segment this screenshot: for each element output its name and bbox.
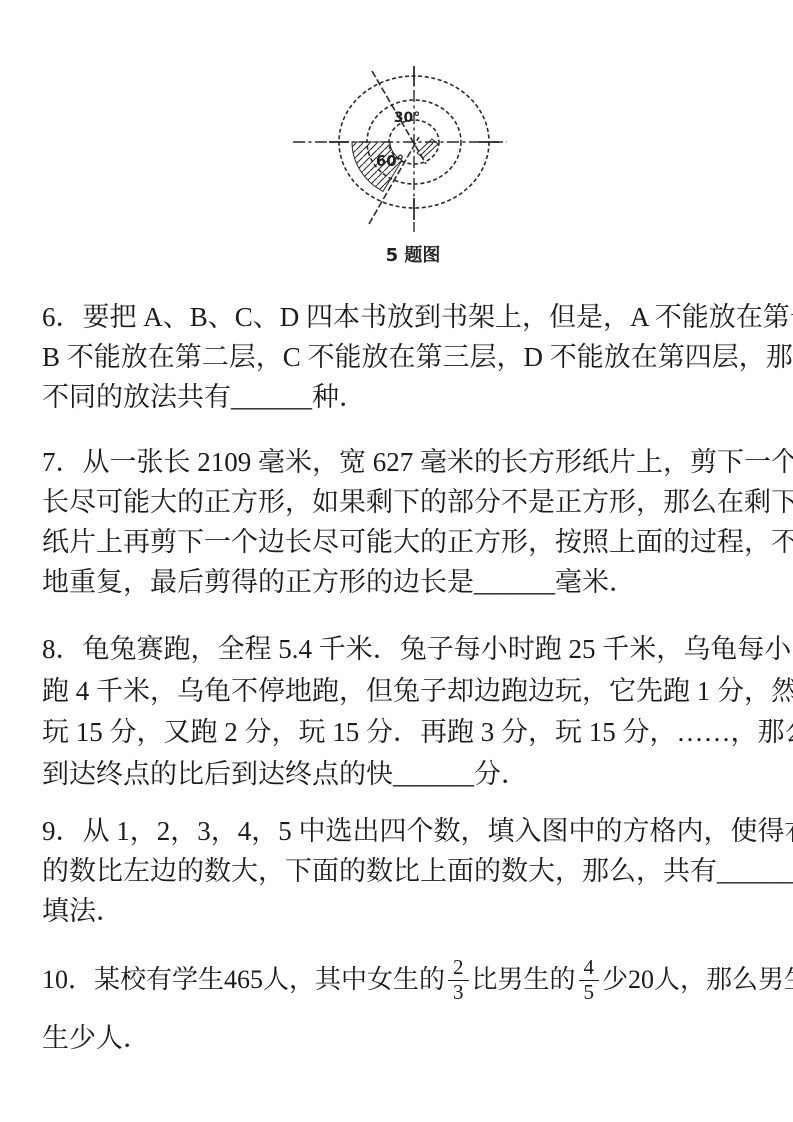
problem-6: 6．要把 A、B、C、D 四本书放到书架上，但是，A 不能放在第一层， B 不能… [42, 297, 765, 417]
problem5-figure: 30° 60° 5 题图 [286, 52, 542, 270]
problem-10-text-3: 少20人，那么男生 [602, 965, 793, 994]
problem-6-line-1: 6．要把 A、B、C、D 四本书放到书架上，但是，A 不能放在第一层， [42, 297, 765, 337]
problem-10-line-2: 生少人． [42, 1016, 783, 1055]
problem-7-line-1: 7．从一张长 2109 毫米，宽 627 毫米的长方形纸片上，剪下一个边 [42, 442, 765, 482]
concentric-circles-diagram: 30° 60° 5 题图 [286, 52, 542, 270]
problem-6-line-3: 不同的放法共有______种． [42, 377, 765, 417]
fraction-numerator: 2 [448, 956, 469, 981]
worksheet-page: 30° 60° 5 题图 6．要把 A、B、C、D 四本书放到书架上，但是，A … [0, 0, 793, 1122]
problem-9-line-1: 9．从 1，2，3，4，5 中选出四个数，填入图中的方格内，使得右边 [42, 811, 765, 851]
problem-8-line-4: 到达终点的比后到达终点的快______分． [42, 754, 765, 796]
problem-9-line-3: 填法． [42, 891, 765, 931]
angle-30-label: 30° [394, 110, 420, 126]
problem-7-line-3: 纸片上再剪下一个边长尽可能大的正方形，按照上面的过程，不断 [42, 522, 765, 562]
problem-10-text-1: 10．某校有学生465人，其中女生的 [42, 965, 445, 994]
problem-8-line-2: 跑 4 千米，乌龟不停地跑，但兔子却边跑边玩，它先跑 1 分，然后 [42, 671, 765, 713]
problem-9: 9．从 1，2，3，4，5 中选出四个数，填入图中的方格内，使得右边 的数比左边… [42, 811, 765, 931]
fraction-denominator: 5 [579, 981, 600, 1005]
problem-7-line-4: 地重复，最后剪得的正方形的边长是______毫米． [42, 562, 765, 602]
problem-10-text-2: 比男生的 [472, 965, 576, 994]
problem-7-line-2: 长尽可能大的正方形，如果剩下的部分不是正方形，那么在剩下的 [42, 482, 765, 522]
fraction-denominator: 3 [448, 981, 469, 1005]
problem-10-line-1: 10．某校有学生465人，其中女生的23比男生的45少20人，那么男生比女 [42, 956, 783, 1006]
angle-60-label: 60° [376, 152, 404, 170]
fraction-four-fifths: 45 [579, 956, 600, 1004]
figure-caption: 5 题图 [386, 244, 441, 266]
fraction-two-thirds: 23 [448, 956, 469, 1004]
problem-8: 8．龟兔赛跑，全程 5.4 千米．兔子每小时跑 25 千米，乌龟每小时 跑 4 … [42, 629, 765, 795]
problem-9-line-2: 的数比左边的数大，下面的数比上面的数大，那么，共有______种 [42, 851, 765, 891]
problem-8-line-1: 8．龟兔赛跑，全程 5.4 千米．兔子每小时跑 25 千米，乌龟每小时 [42, 629, 765, 671]
problem-7: 7．从一张长 2109 毫米，宽 627 毫米的长方形纸片上，剪下一个边 长尽可… [42, 442, 765, 602]
problem-6-line-2: B 不能放在第二层，C 不能放在第三层，D 不能放在第四层，那么， [42, 337, 765, 377]
problem-8-line-3: 玩 15 分，又跑 2 分，玩 15 分．再跑 3 分，玩 15 分，……，那么… [42, 712, 765, 754]
fraction-numerator: 4 [579, 956, 600, 981]
